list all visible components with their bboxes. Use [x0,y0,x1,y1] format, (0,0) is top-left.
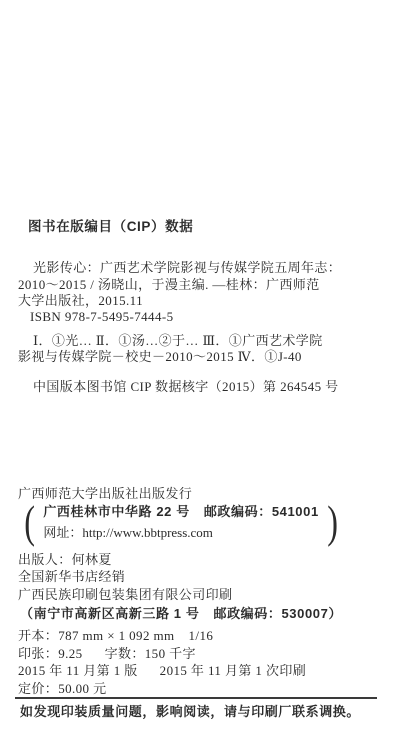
print-sheets: 印张：9.25 [18,646,83,661]
publisher-address-row: 广西桂林市中华路 22 号邮政编码：541001 [43,501,318,522]
publisher-person: 出版人：何林夏 [18,552,112,567]
right-paren: ) [327,501,338,543]
isbn: ISBN 978-7-5495-7444-5 [30,309,174,324]
format-row: 开本：787 mm × 1 092 mm1/16 [18,628,213,643]
publisher-line: 广西师范大学出版社出版发行 [18,486,192,501]
cip-heading: 图书在版编目（CIP）数据 [28,219,193,234]
printer-address: （南宁市高新区高新三路 1 号 [20,606,199,621]
publisher-address-group: ( 广西桂林市中华路 22 号邮政编码：541001 网址：http://www… [22,501,340,543]
publisher-address: 广西桂林市中华路 22 号 [43,504,189,519]
format: 开本：787 mm × 1 092 mm [18,628,175,643]
printer-postcode: 邮政编码：530007） [213,606,342,621]
book-title-line: 大学出版社，2015.11 [18,293,143,308]
book-title-line: 2010～2015 / 汤晓山，于漫主编. —桂林：广西师范 [18,277,320,292]
edition: 2015 年 11 月第 1 版 [18,663,138,678]
printer-address-row: （南宁市高新区高新三路 1 号邮政编码：530007） [20,606,342,621]
distributor: 全国新华书店经销 [18,569,125,584]
cip-record-number: 中国版本图书馆 CIP 数据核字（2015）第 264545 号 [33,379,339,394]
copyright-page: 图书在版编目（CIP）数据 光影传心：广西艺术学院影视与传媒学院五周年志： 20… [0,0,394,737]
book-title-line: 光影传心：广西艺术学院影视与传媒学院五周年志： [33,260,341,275]
printer: 广西民族印刷包装集团有限公司印刷 [18,587,232,602]
impression: 2015 年 11 月第 1 次印刷 [160,663,306,678]
classification-line: 影视与传媒学院－校史－2010～2015 Ⅳ．①J-40 [18,349,302,364]
website: 网址：http://www.bbtpress.com [43,522,318,543]
format-fraction: 1/16 [189,628,214,643]
divider-rule [15,697,377,699]
left-paren: ( [24,501,35,543]
sheets-row: 印张：9.25字数：150 千字 [18,646,196,661]
postal-code: 邮政编码：541001 [204,504,319,519]
price: 定价：50.00 元 [18,681,107,696]
word-count: 字数：150 千字 [105,646,196,661]
classification-line: Ⅰ．①光… Ⅱ．①汤…②于… Ⅲ．①广西艺术学院 [33,333,323,348]
edition-row: 2015 年 11 月第 1 版2015 年 11 月第 1 次印刷 [18,663,306,678]
quality-notice: 如发现印装质量问题，影响阅读，请与印刷厂联系调换。 [20,704,360,719]
